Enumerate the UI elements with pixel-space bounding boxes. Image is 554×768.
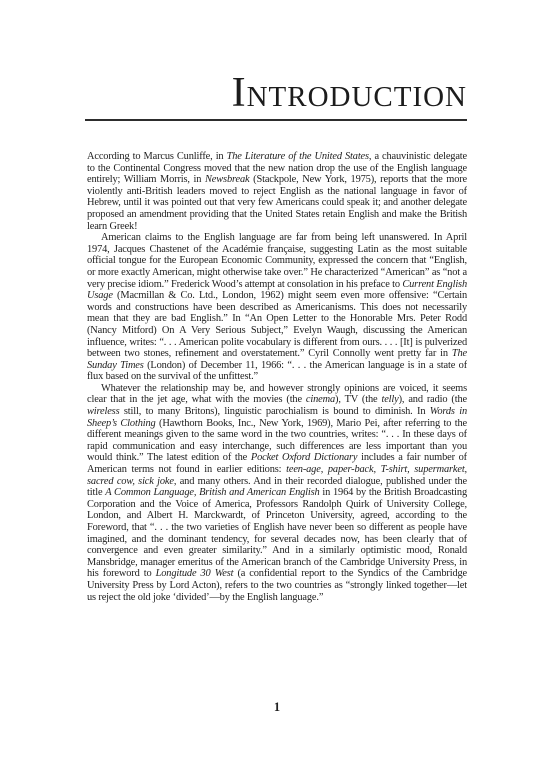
body-paragraph: Whatever the relationship may be, and ho…	[87, 383, 467, 603]
page-content-column: Introduction According to Marcus Cunliff…	[87, 0, 467, 603]
title-divider-rule	[85, 119, 467, 121]
book-page: Introduction According to Marcus Cunliff…	[0, 0, 554, 768]
chapter-title: Introduction	[87, 72, 467, 114]
chapter-body: According to Marcus Cunliffe, in The Lit…	[87, 151, 467, 603]
chapter-header: Introduction	[87, 0, 467, 121]
body-paragraph: According to Marcus Cunliffe, in The Lit…	[87, 151, 467, 232]
page-number: 1	[0, 700, 554, 715]
body-paragraph: American claims to the English language …	[87, 232, 467, 383]
